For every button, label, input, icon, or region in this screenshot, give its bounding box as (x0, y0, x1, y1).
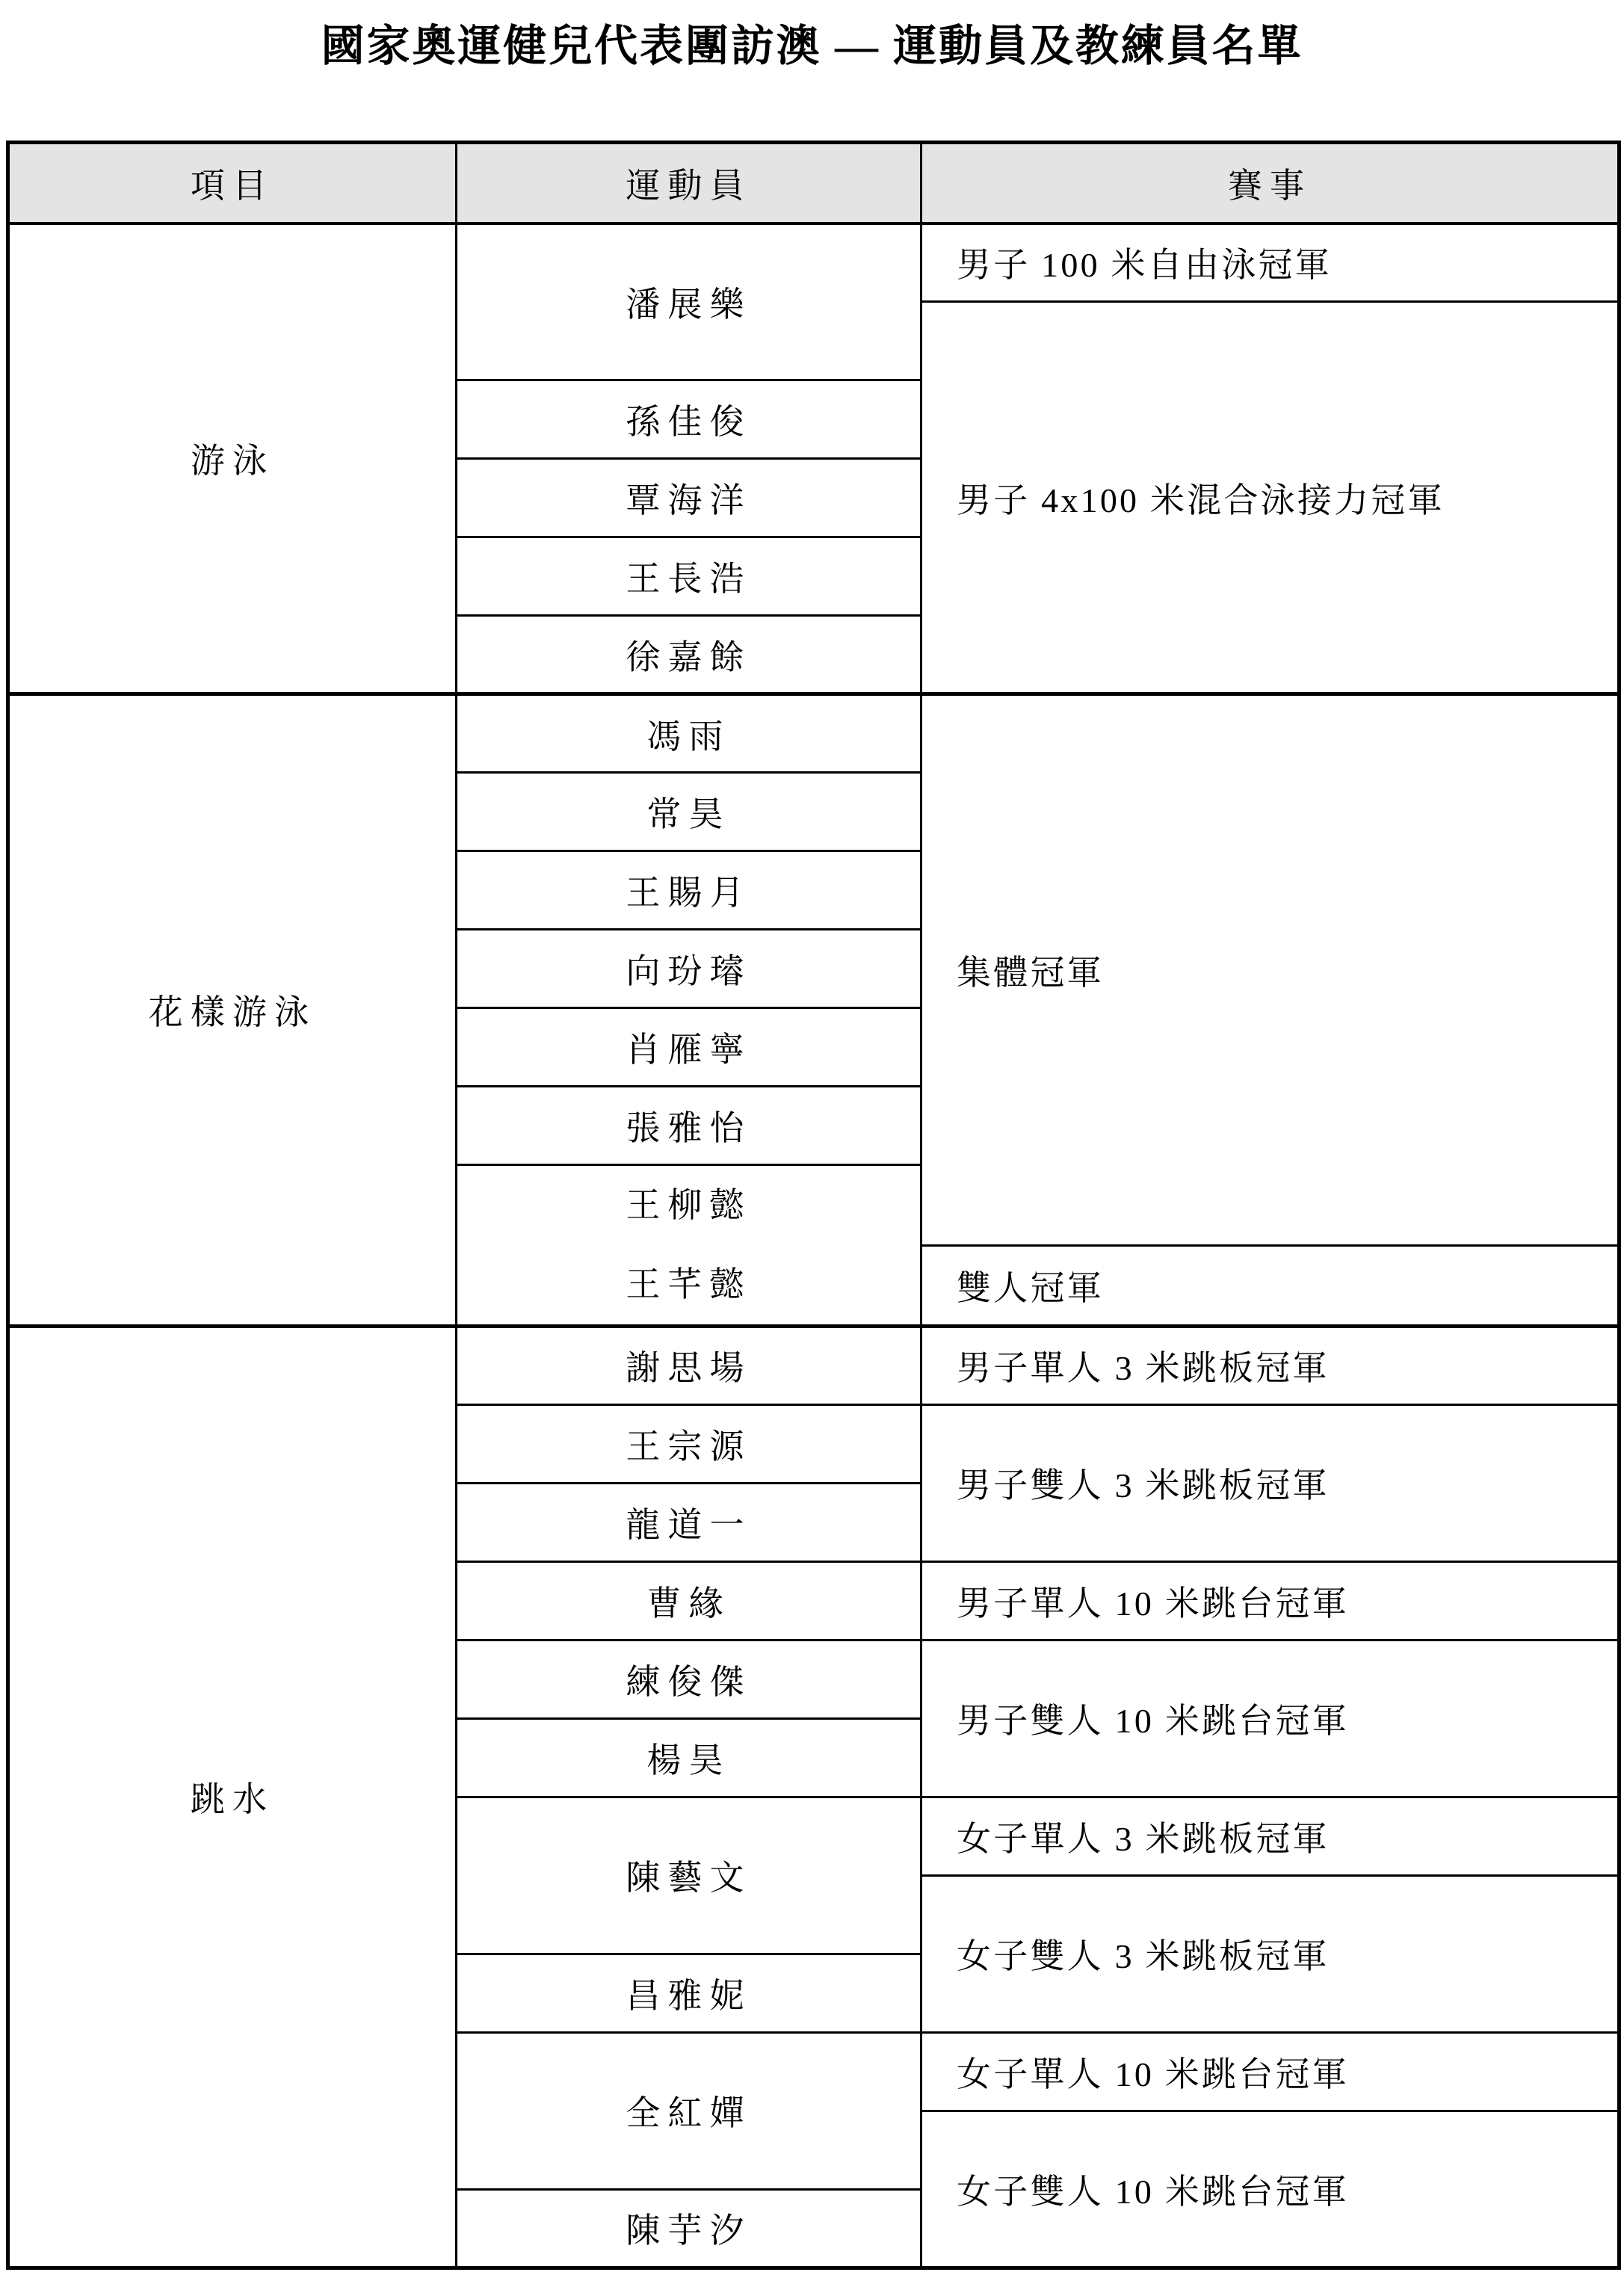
athlete-cell: 龍道一 (457, 1483, 921, 1561)
event-cell: 雙人冠軍 (921, 1245, 1620, 1326)
athlete-cell: 向玢璿 (457, 930, 921, 1008)
header-row: 項目 運動員 賽事 (8, 143, 1620, 223)
event-cell: 女子雙人 10 米跳台冠軍 (921, 2111, 1620, 2268)
athlete-cell: 陳藝文 (457, 1797, 921, 1954)
athlete-cell: 覃海洋 (457, 459, 921, 537)
event-cell: 男子 100 米自由泳冠軍 (921, 223, 1620, 302)
table-row: 花樣游泳 馮雨 集體冠軍 (8, 694, 1620, 773)
sport-cell-swimming: 游泳 (8, 223, 457, 694)
athlete-cell: 王宗源 (457, 1404, 921, 1483)
page: 國家奧運健兒代表團訪澳 — 運動員及教練員名單 項目 運動員 賽事 游泳 潘展樂… (0, 0, 1624, 2281)
roster-table: 項目 運動員 賽事 游泳 潘展樂 男子 100 米自由泳冠軍 男子 4x100 … (6, 141, 1621, 2270)
sport-cell-diving: 跳水 (8, 1326, 457, 2268)
athlete-cell: 張雅怡 (457, 1087, 921, 1165)
event-cell: 男子單人 10 米跳台冠軍 (921, 1561, 1620, 1640)
athlete-cell: 潘展樂 (457, 223, 921, 380)
athlete-cell: 王賜月 (457, 851, 921, 930)
athlete-cell: 王長浩 (457, 537, 921, 616)
page-title: 國家奧運健兒代表團訪澳 — 運動員及教練員名單 (0, 10, 1624, 73)
event-cell: 男子 4x100 米混合泳接力冠軍 (921, 302, 1620, 694)
header-cell-event: 賽事 (921, 143, 1620, 223)
event-cell: 集體冠軍 (921, 694, 1620, 1246)
athlete-cell: 常昊 (457, 773, 921, 851)
athlete-cell: 徐嘉餘 (457, 616, 921, 694)
athlete-cell: 全紅嬋 (457, 2032, 921, 2189)
athlete-cell: 肖雁寧 (457, 1008, 921, 1087)
event-cell: 男子雙人 10 米跳台冠軍 (921, 1640, 1620, 1797)
athlete-cell: 王柳懿 王芊懿 (457, 1165, 921, 1327)
athlete-cell: 楊昊 (457, 1718, 921, 1797)
event-cell: 男子單人 3 米跳板冠軍 (921, 1326, 1620, 1404)
event-cell: 女子雙人 3 米跳板冠軍 (921, 1875, 1620, 2032)
athlete-cell: 孫佳俊 (457, 380, 921, 459)
athlete-cell: 謝思場 (457, 1326, 921, 1404)
sport-cell-artistic-swimming: 花樣游泳 (8, 694, 457, 1327)
athlete-cell: 練俊傑 (457, 1640, 921, 1718)
table-row: 跳水 謝思場 男子單人 3 米跳板冠軍 (8, 1326, 1620, 1404)
event-cell: 女子單人 3 米跳板冠軍 (921, 1797, 1620, 1875)
athlete-cell: 馮雨 (457, 694, 921, 773)
athlete-cell: 昌雅妮 (457, 1954, 921, 2032)
event-cell: 男子雙人 3 米跳板冠軍 (921, 1404, 1620, 1561)
event-cell: 女子單人 10 米跳台冠軍 (921, 2032, 1620, 2111)
header-cell-sport: 項目 (8, 143, 457, 223)
athlete-cell: 曹緣 (457, 1561, 921, 1640)
athlete-cell: 陳芋汐 (457, 2189, 921, 2268)
header-cell-athlete: 運動員 (457, 143, 921, 223)
table-row: 游泳 潘展樂 男子 100 米自由泳冠軍 (8, 223, 1620, 302)
